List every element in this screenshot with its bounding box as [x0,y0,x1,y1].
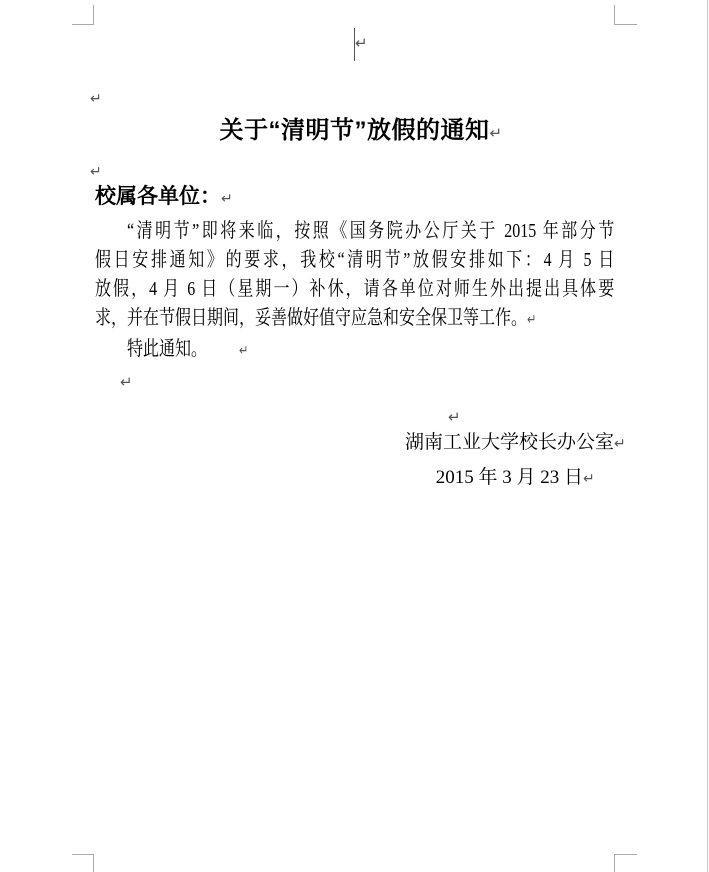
page-right-edge [707,0,708,872]
paragraph-mark-icon: ↵ [448,410,461,425]
paragraph-mark-icon: ↵ [90,165,102,179]
body-line[interactable]: “清明节”即将来临，按照《国务院办公厅关于 2015 年部分节 [95,217,614,246]
paragraph-mark-icon: ↵ [221,191,233,207]
closing-text: 特此通知。 [127,338,207,360]
crop-mark-top-right [614,5,637,25]
salutation-text: 校属各单位： [95,184,221,208]
crop-mark-top-left [72,5,94,25]
salutation-paragraph[interactable]: 校属各单位：↵ [95,184,614,212]
body-line[interactable]: 假日安排通知》的要求，我校“清明节”放假安排如下：4 月 5 日 [95,246,614,275]
closing-paragraph[interactable]: 特此通知。↵ [95,335,614,366]
date-paragraph[interactable]: 2015 年 3 月 23 日↵ [95,466,583,491]
signature-text: 湖南工业大学校长办公室 [405,432,614,453]
body-line-text: 求，并在节假日期间，妥善做好值守应急和安全保卫等工作。 [95,307,527,329]
crop-mark-bottom-right [614,854,637,872]
date-text: 2015 年 3 月 23 日 [436,467,583,488]
document-title-paragraph[interactable]: 关于“清明节”放假的通知↵ [95,113,614,151]
document-title: 关于“清明节”放假的通知 [220,117,490,144]
body-line[interactable]: 放假，4 月 6 日（星期一）补休，请各单位对师生外出提出具体要 [95,275,614,304]
paragraph-mark-icon: ↵ [90,92,102,106]
paragraph-mark-icon: ↵ [120,375,133,390]
body-line[interactable]: 求，并在节假日期间，妥善做好值守应急和安全保卫等工作。↵ [95,304,614,335]
body-paragraph[interactable]: “清明节”即将来临，按照《国务院办公厅关于 2015 年部分节 假日安排通知》的… [95,217,614,366]
empty-paragraph-with-cursor[interactable]: ↵ [95,26,614,60]
signature-paragraph[interactable]: 湖南工业大学校长办公室↵ [95,431,614,456]
crop-mark-bottom-left [72,854,94,872]
document-page: ↵ ↵ ↵ ↵ ↵ 关于“清明节”放假的通知↵ 校属各单位：↵ “清明节”即将来… [0,0,709,872]
